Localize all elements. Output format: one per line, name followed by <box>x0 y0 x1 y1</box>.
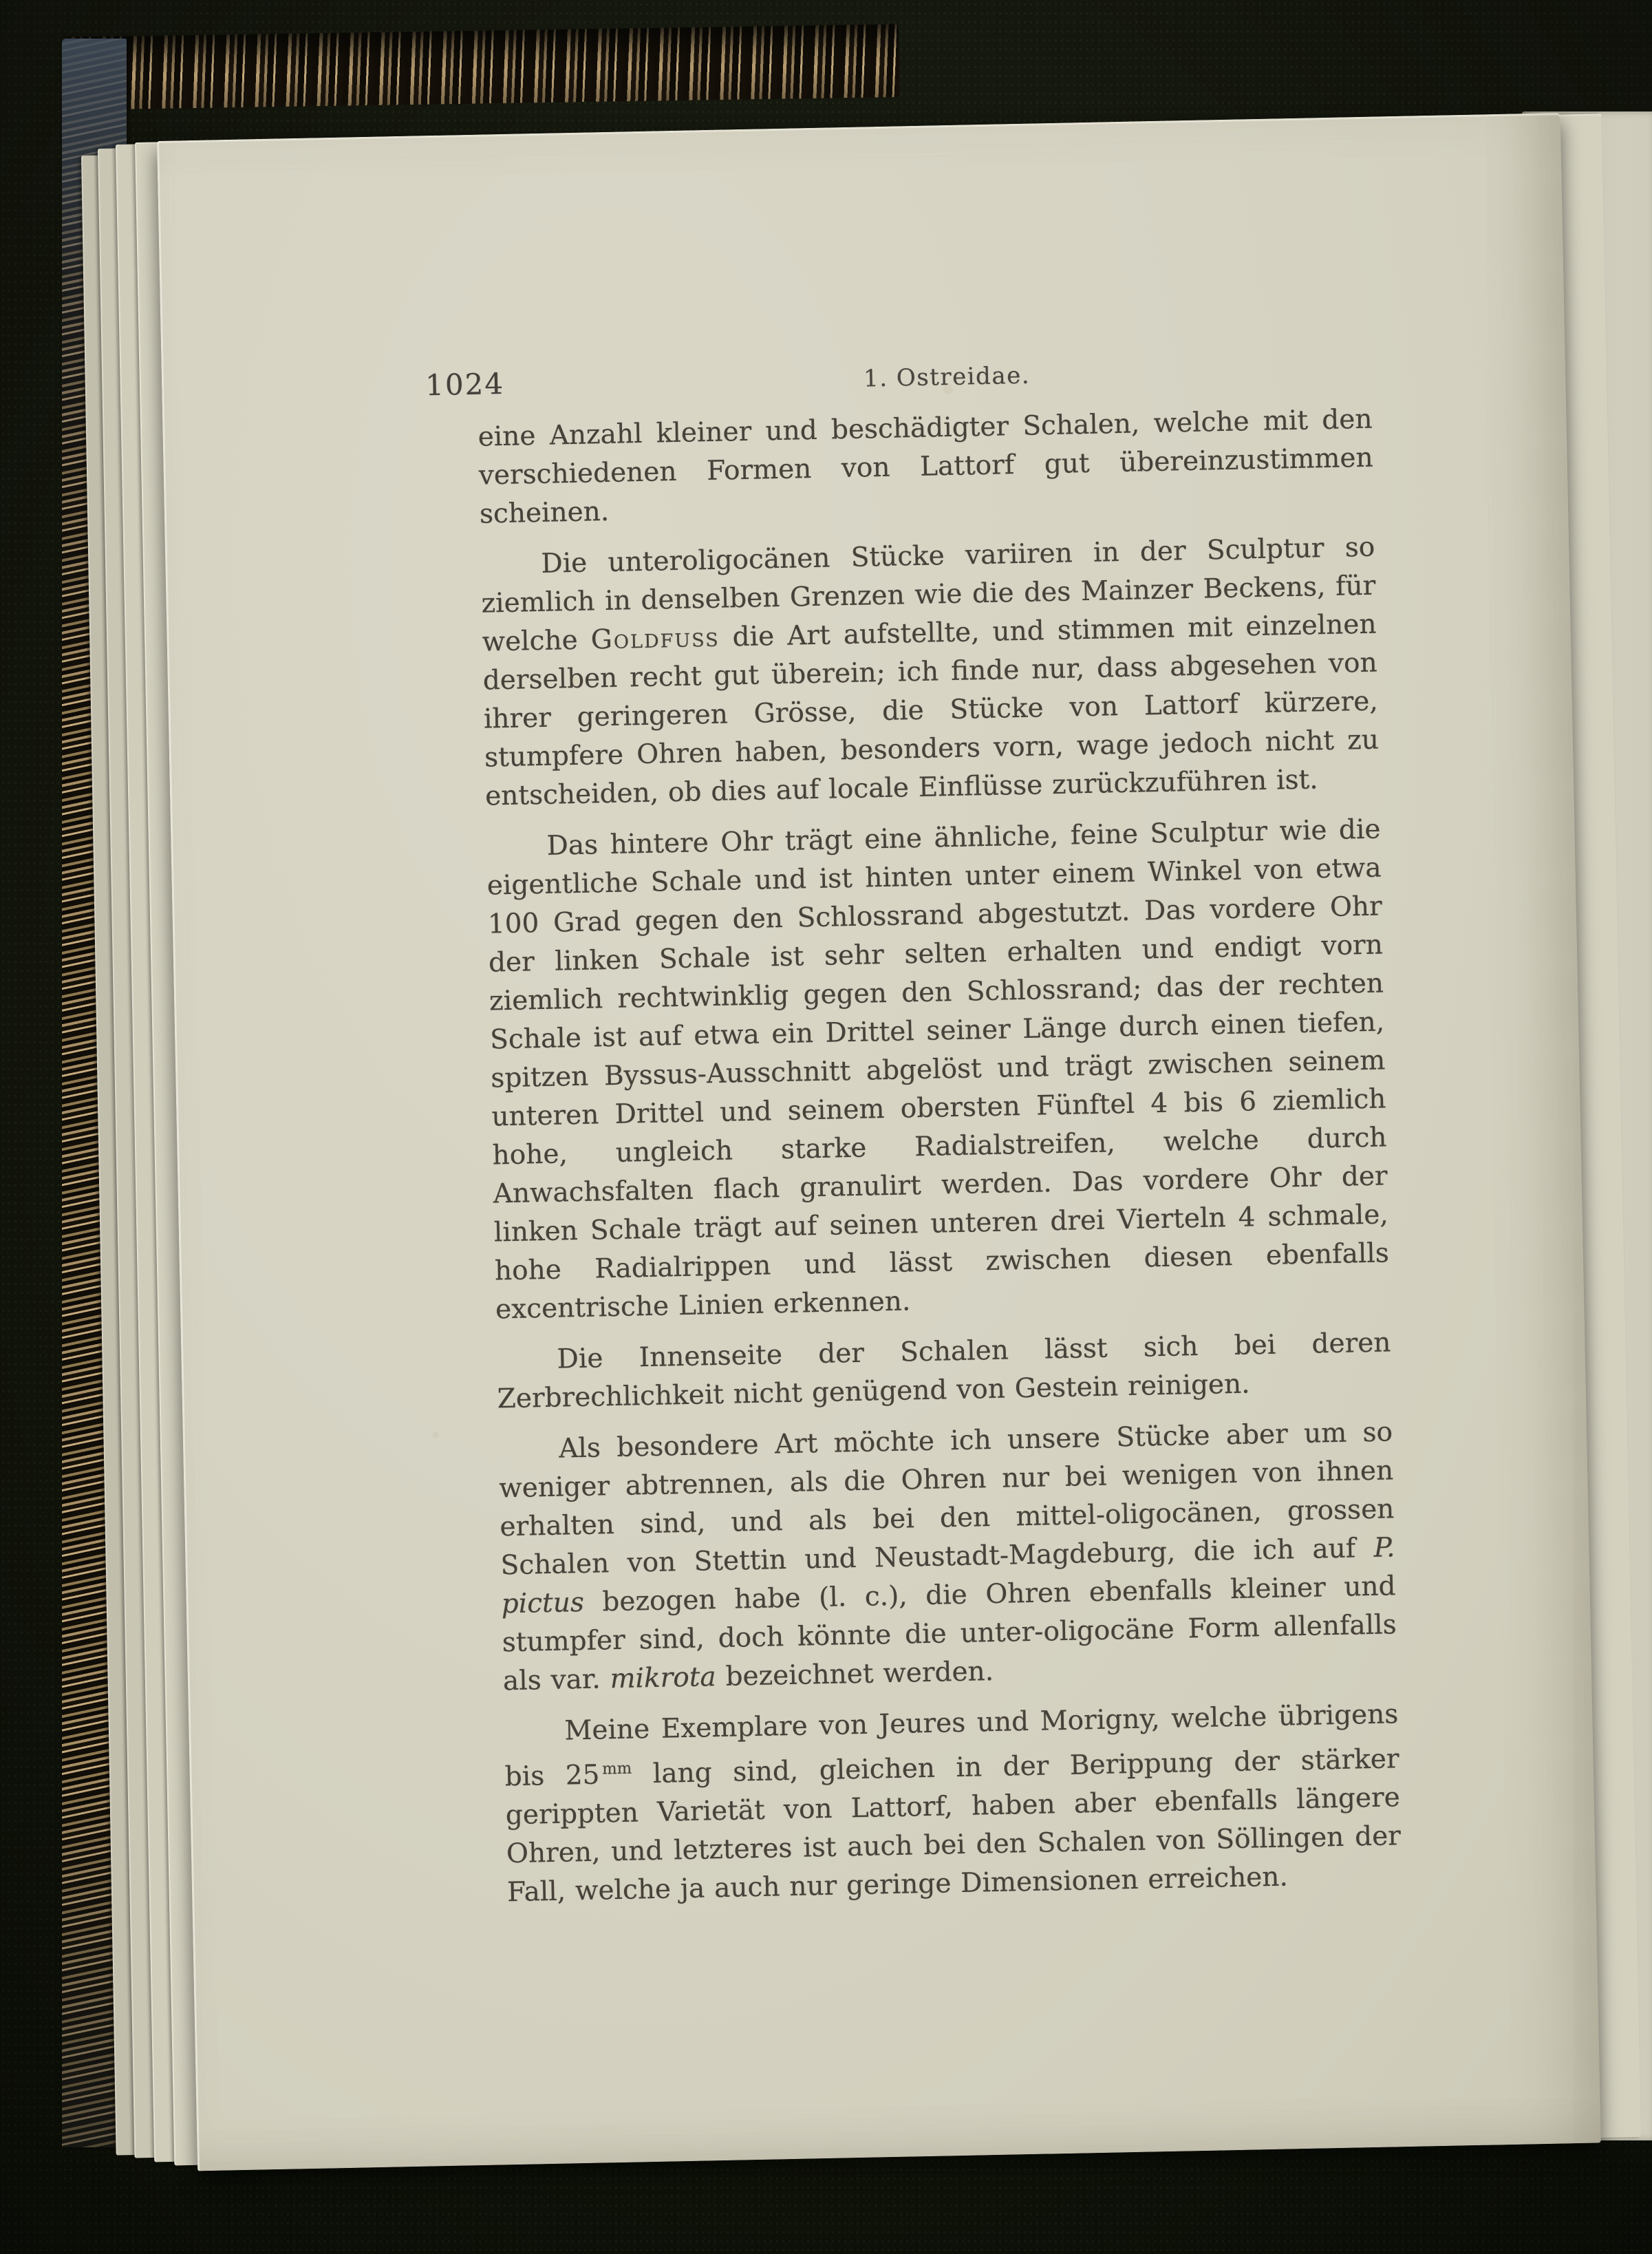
paragraph: eine Anzahl kleiner und beschädigter Sch… <box>478 401 1374 534</box>
paragraph: Das hintere Ohr trägt eine ähnliche, fei… <box>486 811 1390 1330</box>
text-segment-plain: lang sind, gleichen in der Berippung der… <box>505 1743 1401 1908</box>
book-top-edge-marbling <box>66 24 900 110</box>
text-segment-sup: mm <box>602 1760 632 1778</box>
text-segment-plain: Als besondere Art möchte ich unsere Stüc… <box>499 1416 1395 1581</box>
text-segment-plain: eine Anzahl kleiner und beschädigter Sch… <box>478 404 1373 530</box>
text-segment-plain: Die Innenseite der Schalen lässt sich be… <box>497 1327 1391 1414</box>
text-block: eine Anzahl kleiner und beschädigter Sch… <box>478 401 1402 1913</box>
text-segment-smallcaps: Goldfuss <box>590 622 720 656</box>
paragraph: Meine Exemplare von Jeures und Morigny, … <box>504 1695 1402 1912</box>
text-segment-italic: mikrota <box>610 1661 716 1694</box>
paragraph: Die Innenseite der Schalen lässt sich be… <box>496 1323 1392 1418</box>
text-segment-plain: bezeichnet werden. <box>716 1656 994 1692</box>
paragraph: Die unteroligocänen Stücke variiren in d… <box>480 529 1380 816</box>
text-segment-plain: Das hintere Ohr trägt eine ähnliche, fei… <box>486 814 1389 1326</box>
book-page: 1024 1. Ostreidae. eine Anzahl kleiner u… <box>157 113 1601 2171</box>
paragraph: Als besondere Art möchte ich unsere Stüc… <box>498 1413 1398 1701</box>
page-number: 1024 <box>425 367 505 402</box>
running-header: 1. Ostreidae. <box>863 362 1031 393</box>
scanned-book-photo: 1024 1. Ostreidae. eine Anzahl kleiner u… <box>0 0 1652 2254</box>
